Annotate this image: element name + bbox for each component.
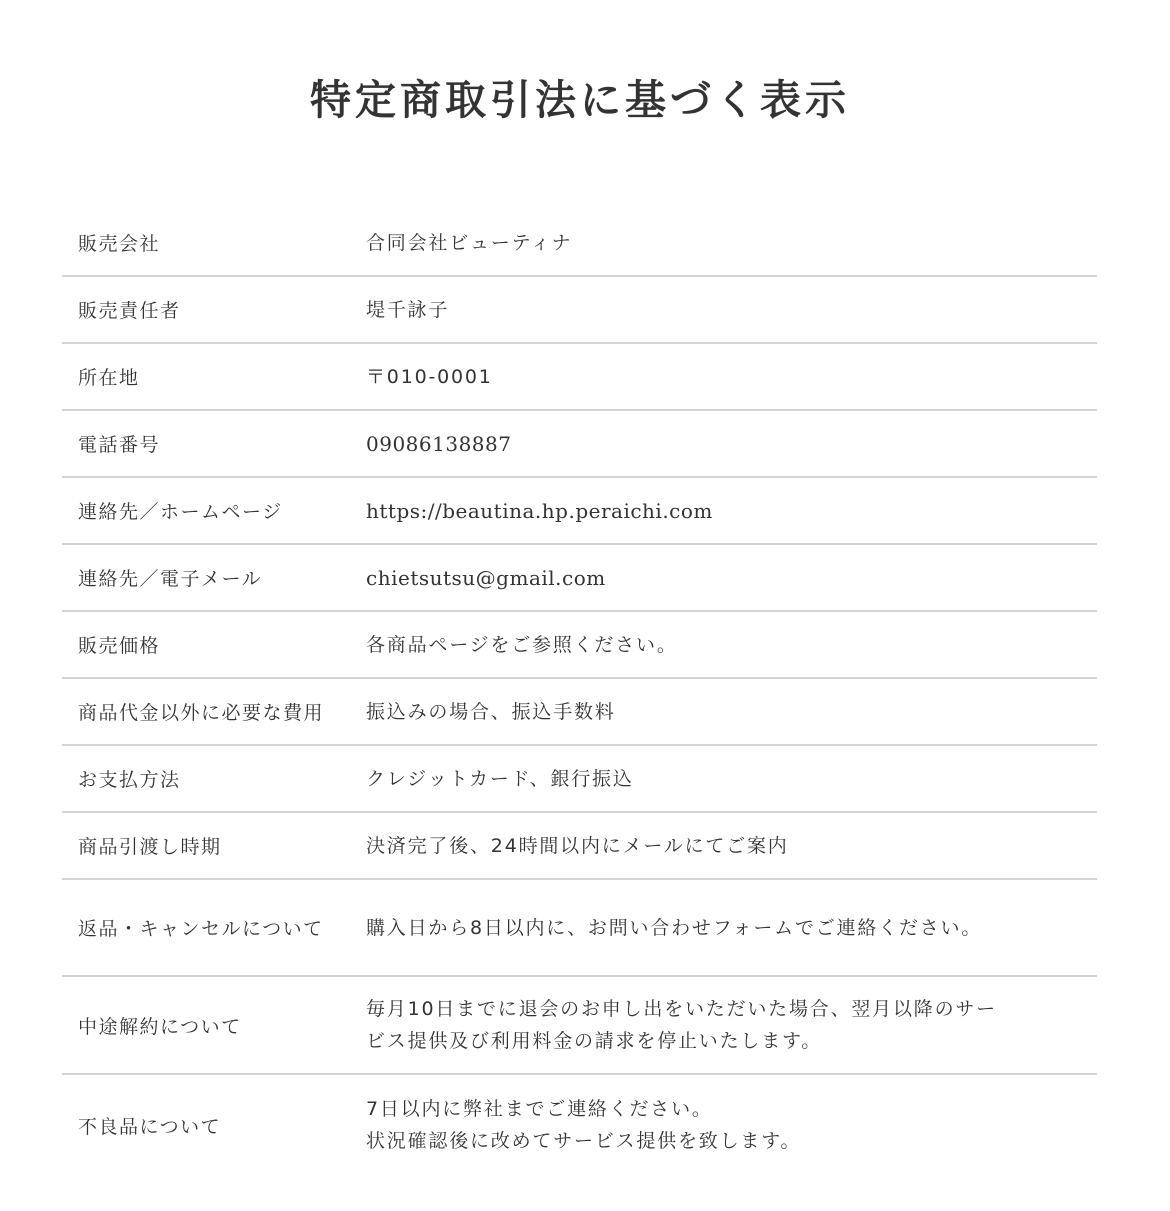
table-row-address: 所在地 〒010-0001	[62, 344, 1097, 411]
row-value: 合同会社ビューティナ	[366, 227, 1097, 259]
row-label: 連絡先／電子メール	[62, 564, 366, 591]
table-row-cancellation: 中途解約について 毎月10日までに退会のお申し出をいただいた場合、翌月以降のサー…	[62, 977, 1097, 1075]
row-label: 商品代金以外に必要な費用	[62, 698, 366, 725]
table-row-homepage: 連絡先／ホームページ https://beautina.hp.peraichi.…	[62, 478, 1097, 545]
row-value: 購入日から8日以内に、お問い合わせフォームでご連絡ください。	[366, 912, 1097, 944]
row-label: 連絡先／ホームページ	[62, 497, 366, 524]
row-label: 所在地	[62, 363, 366, 390]
row-value: クレジットカード、銀行振込	[366, 763, 1097, 795]
row-label: 不良品について	[62, 1112, 366, 1139]
phone-value[interactable]: 09086138887	[366, 428, 1097, 460]
row-value: 毎月10日までに退会のお申し出をいただいた場合、翌月以降のサー ビス提供及び利用…	[366, 993, 1097, 1057]
row-value: 各商品ページをご参照ください。	[366, 629, 1097, 661]
email-link[interactable]: chietsutsu@gmail.com	[366, 562, 1097, 594]
row-value: 〒010-0001	[366, 361, 1097, 393]
row-label: 販売価格	[62, 631, 366, 658]
commerce-law-table: 販売会社 合同会社ビューティナ 販売責任者 堤千詠子 所在地 〒010-0001…	[62, 210, 1097, 1175]
table-row-extra-fees: 商品代金以外に必要な費用 振込みの場合、振込手数料	[62, 679, 1097, 746]
table-row-seller: 販売会社 合同会社ビューティナ	[62, 210, 1097, 277]
page-title: 特定商取引法に基づく表示	[0, 72, 1160, 128]
row-label: 商品引渡し時期	[62, 832, 366, 859]
table-row-email: 連絡先／電子メール chietsutsu@gmail.com	[62, 545, 1097, 612]
value-line: ビス提供及び利用料金の請求を停止いたします。	[366, 1025, 1087, 1057]
row-label: 返品・キャンセルについて	[62, 914, 366, 941]
row-value: 7日以内に弊社までご連絡ください。 状況確認後に改めてサービス提供を致します。	[366, 1093, 1097, 1157]
table-row-phone: 電話番号 09086138887	[62, 411, 1097, 478]
row-value: 決済完了後、24時間以内にメールにてご案内	[366, 830, 1097, 862]
table-row-defects: 不良品について 7日以内に弊社までご連絡ください。 状況確認後に改めてサービス提…	[62, 1075, 1097, 1175]
row-label: 販売責任者	[62, 296, 366, 323]
homepage-link[interactable]: https://beautina.hp.peraichi.com	[366, 495, 1097, 527]
row-label: 中途解約について	[62, 1012, 366, 1039]
row-label: 電話番号	[62, 430, 366, 457]
table-row-manager: 販売責任者 堤千詠子	[62, 277, 1097, 344]
value-line: 状況確認後に改めてサービス提供を致します。	[366, 1125, 1087, 1157]
value-line: 毎月10日までに退会のお申し出をいただいた場合、翌月以降のサー	[366, 993, 1087, 1025]
row-label: お支払方法	[62, 765, 366, 792]
row-label: 販売会社	[62, 229, 366, 256]
row-value: 振込みの場合、振込手数料	[366, 696, 1097, 728]
table-row-delivery: 商品引渡し時期 決済完了後、24時間以内にメールにてご案内	[62, 813, 1097, 880]
row-value: 堤千詠子	[366, 294, 1097, 326]
table-row-payment: お支払方法 クレジットカード、銀行振込	[62, 746, 1097, 813]
table-row-returns: 返品・キャンセルについて 購入日から8日以内に、お問い合わせフォームでご連絡くだ…	[62, 880, 1097, 977]
value-line: 7日以内に弊社までご連絡ください。	[366, 1093, 1087, 1125]
table-row-price: 販売価格 各商品ページをご参照ください。	[62, 612, 1097, 679]
